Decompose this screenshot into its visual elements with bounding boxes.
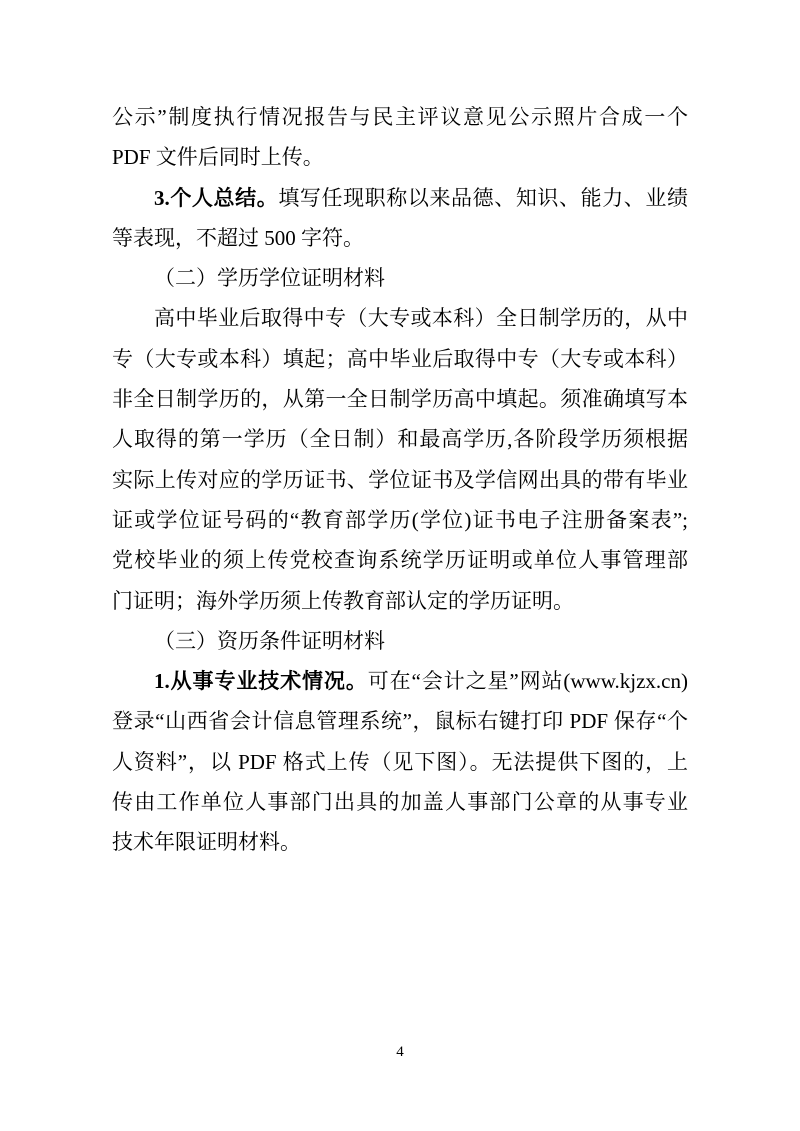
- body-text: 证或学位证号码的“教育部学历(学位)证书电子注册备案表”;: [112, 508, 688, 532]
- text-line: 等表现，不超过 500 字符。: [112, 218, 688, 258]
- bold-heading-text: 1.从事专业技术情况。: [154, 669, 368, 693]
- text-line: 技术年限证明材料。: [112, 822, 688, 862]
- body-text: 门证明；海外学历须上传教育部认定的学历证明。: [112, 589, 574, 613]
- text-line: 实际上传对应的学历证书、学位证书及学信网出具的带有毕业: [112, 460, 688, 500]
- body-text: 登录“山西省会计信息管理系统”，鼠标右键打印 PDF 保存“个: [112, 709, 688, 733]
- body-text: 实际上传对应的学历证书、学位证书及学信网出具的带有毕业: [112, 468, 688, 492]
- body-text: 专（大专或本科）填起；高中毕业后取得中专（大专或本科）: [112, 347, 688, 371]
- text-line: 高中毕业后取得中专（大专或本科）全日制学历的，从中: [112, 298, 688, 338]
- text-line: 3.个人总结。填写任现职称以来品德、知识、能力、业绩: [112, 178, 688, 218]
- body-text: 非全日制学历的，从第一全日制学历高中填起。须准确填写本: [112, 387, 688, 411]
- body-text: 人资料”，以 PDF 格式上传（见下图）。无法提供下图的，上: [112, 750, 688, 774]
- body-text: 技术年限证明材料。: [112, 830, 301, 854]
- body-text: 公示”制度执行情况报告与民主评议意见公示照片合成一个: [112, 105, 688, 129]
- body-text: 党校毕业的须上传党校查询系统学历证明或单位人事管理部: [112, 548, 688, 572]
- text-line: 登录“山西省会计信息管理系统”，鼠标右键打印 PDF 保存“个: [112, 701, 688, 741]
- body-text: 人取得的第一学历（全日制）和最高学历,各阶段学历须根据: [112, 427, 688, 451]
- body-text: 可在“会计之星”网站(www.kjzx.cn): [368, 669, 688, 693]
- text-line: （二）学历学位证明材料: [112, 258, 688, 298]
- text-line: 人资料”，以 PDF 格式上传（见下图）。无法提供下图的，上: [112, 742, 688, 782]
- bold-heading-text: 3.个人总结。: [154, 186, 278, 210]
- text-line: 证或学位证号码的“教育部学历(学位)证书电子注册备案表”;: [112, 500, 688, 540]
- body-text: （三）资历条件证明材料: [154, 629, 385, 653]
- body-text: 填写任现职称以来品德、知识、能力、业绩: [278, 186, 688, 210]
- document-body: 公示”制度执行情况报告与民主评议意见公示照片合成一个PDF 文件后同时上传。3.…: [112, 97, 688, 863]
- body-text: （二）学历学位证明材料: [154, 266, 385, 290]
- body-text: PDF 文件后同时上传。: [112, 145, 324, 169]
- text-line: 专（大专或本科）填起；高中毕业后取得中专（大专或本科）: [112, 339, 688, 379]
- text-line: 非全日制学历的，从第一全日制学历高中填起。须准确填写本: [112, 379, 688, 419]
- text-line: 1.从事专业技术情况。可在“会计之星”网站(www.kjzx.cn): [112, 661, 688, 701]
- text-line: 人取得的第一学历（全日制）和最高学历,各阶段学历须根据: [112, 419, 688, 459]
- body-text: 等表现，不超过 500 字符。: [112, 226, 364, 250]
- page-number: 4: [0, 1043, 800, 1061]
- text-line: 党校毕业的须上传党校查询系统学历证明或单位人事管理部: [112, 540, 688, 580]
- text-line: PDF 文件后同时上传。: [112, 137, 688, 177]
- text-line: 传由工作单位人事部门出具的加盖人事部门公章的从事专业: [112, 782, 688, 822]
- text-line: （三）资历条件证明材料: [112, 621, 688, 661]
- body-text: 传由工作单位人事部门出具的加盖人事部门公章的从事专业: [112, 790, 688, 814]
- body-text: 高中毕业后取得中专（大专或本科）全日制学历的，从中: [154, 306, 688, 330]
- text-line: 公示”制度执行情况报告与民主评议意见公示照片合成一个: [112, 97, 688, 137]
- document-page: 公示”制度执行情况报告与民主评议意见公示照片合成一个PDF 文件后同时上传。3.…: [0, 0, 800, 1131]
- text-line: 门证明；海外学历须上传教育部认定的学历证明。: [112, 581, 688, 621]
